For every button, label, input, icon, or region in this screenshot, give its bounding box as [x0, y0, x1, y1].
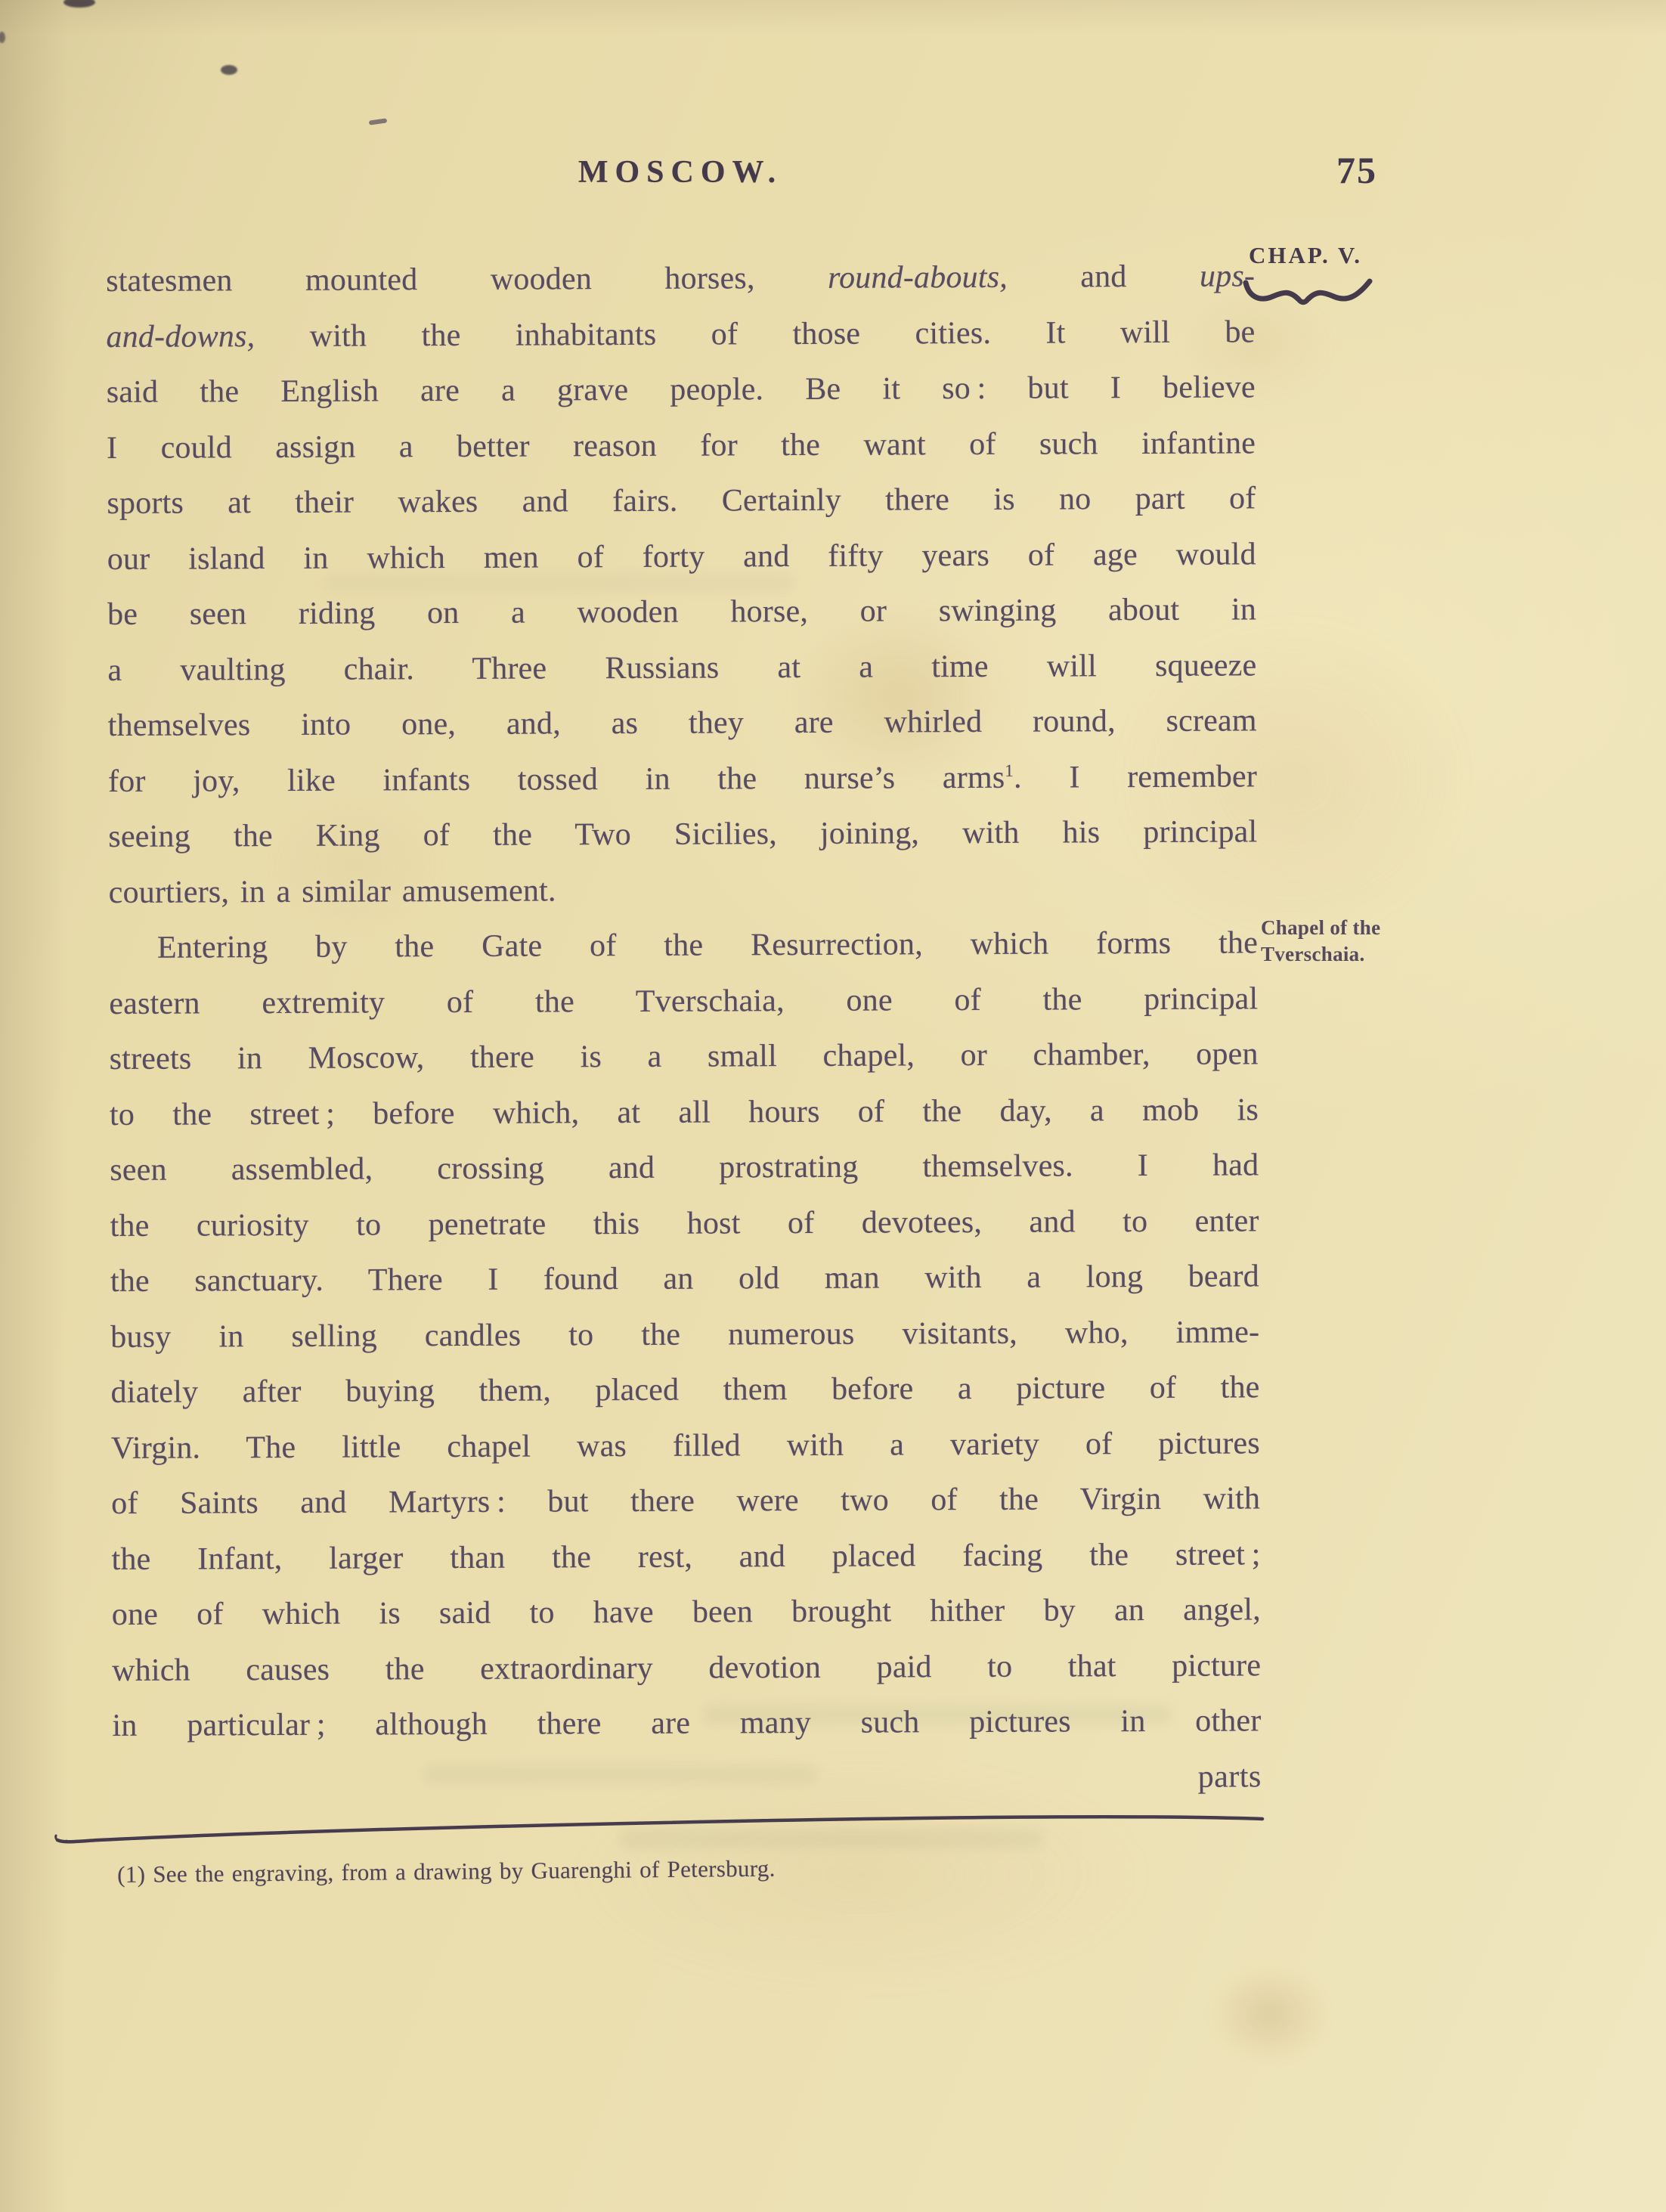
- body-text-segment: of Saints and Martyrs : but there were t…: [111, 1481, 1260, 1521]
- body-line: for joy, like infants tossed in the nurs…: [108, 749, 1257, 810]
- paper-stain: [1209, 1966, 1330, 2064]
- footnote: (1) See the engraving, from a drawing by…: [117, 1851, 1175, 1888]
- body-text-segment: courtiers, in a similar amusement.: [109, 873, 556, 910]
- body-line: eastern extremity of the Tverschaia, one…: [109, 971, 1258, 1032]
- body-line: and-downs, with the inhabitants of those…: [106, 305, 1255, 365]
- body-line: the curiosity to penetrate this host of …: [110, 1194, 1259, 1254]
- body-text-segment: said the English are a grave people. Be …: [107, 370, 1256, 410]
- body-text-segment: the Infant, larger than the rest, and pl…: [111, 1537, 1260, 1577]
- footnote-rule: [53, 1807, 1270, 1848]
- body-text-segment: to the street ; before which, at all hou…: [110, 1092, 1259, 1132]
- body-text-segment: statesmen mounted wooden horses,: [106, 261, 828, 299]
- body-text-segment: Virgin. The little chapel was filled wit…: [111, 1426, 1260, 1466]
- body-line: Virgin. The little chapel was filled wit…: [111, 1416, 1260, 1476]
- body-text-segment: streets in Moscow, there is a small chap…: [110, 1036, 1259, 1077]
- body-text-segment: in particular ; although there are many …: [112, 1703, 1261, 1743]
- body-line: I could assign a better reason for the w…: [107, 416, 1256, 476]
- body-text-segment: and-downs,: [106, 319, 255, 355]
- pen-mark: [369, 118, 388, 125]
- body-line: statesmen mounted wooden horses, round-a…: [106, 249, 1255, 309]
- body-text-segment: Entering by the Gate of the Resurrection…: [157, 925, 1258, 965]
- body-text-segment: . I remember: [1014, 759, 1257, 795]
- ink-speck: [221, 65, 237, 75]
- body-line: in particular ; although there are many …: [112, 1693, 1261, 1754]
- margin-note-chapel-line2: Tverschaia.: [1261, 941, 1380, 968]
- swash-ornament-icon: [1240, 274, 1376, 310]
- footnote-marker: 1: [1005, 760, 1014, 779]
- body-text-segment: a vaulting chair. Three Russians at a ti…: [107, 648, 1256, 688]
- body-line: busy in selling candles to the numerous …: [110, 1305, 1259, 1365]
- body-text-segment: busy in selling candles to the numerous …: [110, 1315, 1259, 1355]
- body-line: themselves into one, and, as they are wh…: [108, 693, 1257, 754]
- body-line: be seen riding on a wooden horse, or swi…: [107, 582, 1256, 643]
- page: MOSCOW. 75 CHAP. V. Chapel of the Tversc…: [0, 0, 1666, 2212]
- body-line: seeing the King of the Two Sicilies, joi…: [108, 804, 1257, 865]
- body-line: to the street ; before which, at all hou…: [110, 1083, 1259, 1143]
- body-text-segment: with the inhabitants of those cities. It…: [255, 314, 1255, 354]
- running-title: MOSCOW.: [106, 154, 1255, 191]
- body-text-segment: themselves into one, and, as they are wh…: [108, 703, 1257, 743]
- body-line: a vaulting chair. Three Russians at a ti…: [107, 638, 1256, 699]
- paragraphs: statesmen mounted wooden horses, round-a…: [106, 249, 1262, 1754]
- body-text-segment: the curiosity to penetrate this host of …: [110, 1204, 1259, 1244]
- body-line: the sanctuary. There I found an old man …: [110, 1249, 1259, 1309]
- body-line: streets in Moscow, there is a small chap…: [109, 1027, 1258, 1087]
- body-line: of Saints and Martyrs : but there were t…: [111, 1471, 1260, 1532]
- body-line: said the English are a grave people. Be …: [107, 360, 1256, 420]
- body-text-segment: and: [1008, 259, 1200, 295]
- body-line: diately after buying them, placed them b…: [110, 1360, 1259, 1420]
- body-text-segment: ups-: [1200, 259, 1255, 293]
- ink-speck: [0, 32, 5, 43]
- body-line: which causes the extraordinary devotion …: [112, 1638, 1261, 1699]
- body-text-segment: eastern extremity of the Tverschaia, one…: [109, 981, 1258, 1021]
- body-line: one of which is said to have been brough…: [112, 1582, 1261, 1643]
- body-text-segment: sports at their wakes and fairs. Certain…: [107, 481, 1256, 521]
- margin-note-chapel-line1: Chapel of the: [1261, 915, 1380, 941]
- margin-note-chapel: Chapel of the Tverschaia.: [1261, 915, 1380, 968]
- body-line: our island in which men of forty and fif…: [107, 527, 1256, 587]
- text-block: statesmen mounted wooden horses, round-a…: [106, 249, 1262, 1810]
- body-line: Entering by the Gate of the Resurrection…: [109, 915, 1258, 976]
- catchword: parts: [113, 1749, 1262, 1810]
- body-text-segment: diately after buying them, placed them b…: [110, 1370, 1259, 1410]
- ink-speck: [63, 0, 95, 8]
- body-text-segment: round-abouts,: [828, 260, 1008, 296]
- body-text-segment: our island in which men of forty and fif…: [107, 537, 1256, 577]
- body-text-segment: be seen riding on a wooden horse, or swi…: [107, 592, 1256, 632]
- body-line: seen assembled, crossing and prostrating…: [110, 1138, 1259, 1198]
- body-text-segment: which causes the extraordinary devotion …: [112, 1648, 1261, 1688]
- body-line: the Infant, larger than the rest, and pl…: [111, 1527, 1260, 1588]
- body-text-segment: the sanctuary. There I found an old man …: [110, 1259, 1259, 1299]
- body-line: courtiers, in a similar amusement.: [109, 860, 1258, 921]
- body-text-segment: one of which is said to have been brough…: [112, 1592, 1261, 1632]
- page-number: 75: [1336, 148, 1377, 192]
- body-text-segment: seeing the King of the Two Sicilies, joi…: [108, 814, 1257, 854]
- body-text-segment: I could assign a better reason for the w…: [107, 426, 1256, 466]
- body-text-segment: seen assembled, crossing and prostrating…: [110, 1148, 1259, 1188]
- body-line: sports at their wakes and fairs. Certain…: [107, 471, 1256, 531]
- body-text-segment: for joy, like infants tossed in the nurs…: [108, 760, 1005, 798]
- margin-note-chapter: CHAP. V.: [1249, 242, 1362, 269]
